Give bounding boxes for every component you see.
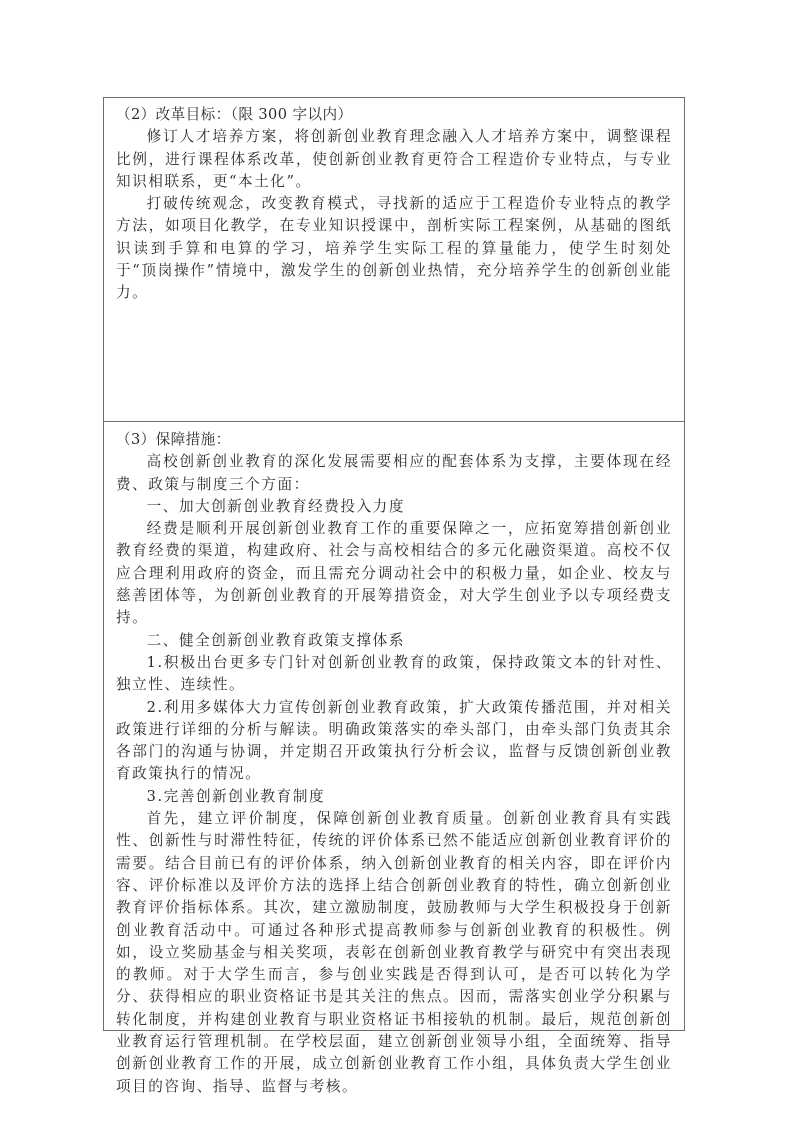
policy-item-1: 1.积极出台更多专门针对创新创业教育的政策，保持政策文本的针对性、独立性、连续性… xyxy=(116,652,672,697)
safeguard-intro-paragraph: 高校创新创业教育的深化发展需要相应的配套体系为支撑，主要体现在经费、政策与制度三… xyxy=(116,451,672,496)
funding-paragraph: 经费是顺利开展创新创业教育工作的重要保障之一，应拓宽筹措创新创业教育经费的渠道，… xyxy=(116,518,672,629)
reform-goals-paragraph-1: 修订人才培养方案，将创新创业教育理念融入人才培养方案中，调整课程比例，进行课程体… xyxy=(116,126,672,193)
policy-item-2: 2.利用多媒体大力宣传创新创业教育政策，扩大政策传播范围，并对相关政策进行详细的… xyxy=(116,697,672,786)
safeguard-measures-cell: （3）保障措施： 高校创新创业教育的深化发展需要相应的配套体系为支撑，主要体现在… xyxy=(104,422,684,1030)
reform-goals-heading: （2）改革目标：（限 300 字以内） xyxy=(116,104,672,126)
safeguard-measures-heading: （3）保障措施： xyxy=(116,429,672,451)
system-paragraph: 首先，建立评价制度，保障创新创业教育质量。创新创业教育具有实践性、创新性与时滞性… xyxy=(116,808,672,1098)
funding-subheading: 一、加大创新创业教育经费投入力度 xyxy=(116,496,672,518)
form-table: （2）改革目标：（限 300 字以内） 修订人才培养方案，将创新创业教育理念融入… xyxy=(103,97,685,1031)
policy-subheading: 二、健全创新创业教育政策支撑体系 xyxy=(116,630,672,652)
system-subheading: 3.完善创新创业教育制度 xyxy=(116,786,672,808)
reform-goals-cell: （2）改革目标：（限 300 字以内） 修订人才培养方案，将创新创业教育理念融入… xyxy=(104,98,684,422)
reform-goals-paragraph-2: 打破传统观念，改变教育模式，寻找新的适应于工程造价专业特点的教学方法，如项目化教… xyxy=(116,193,672,304)
